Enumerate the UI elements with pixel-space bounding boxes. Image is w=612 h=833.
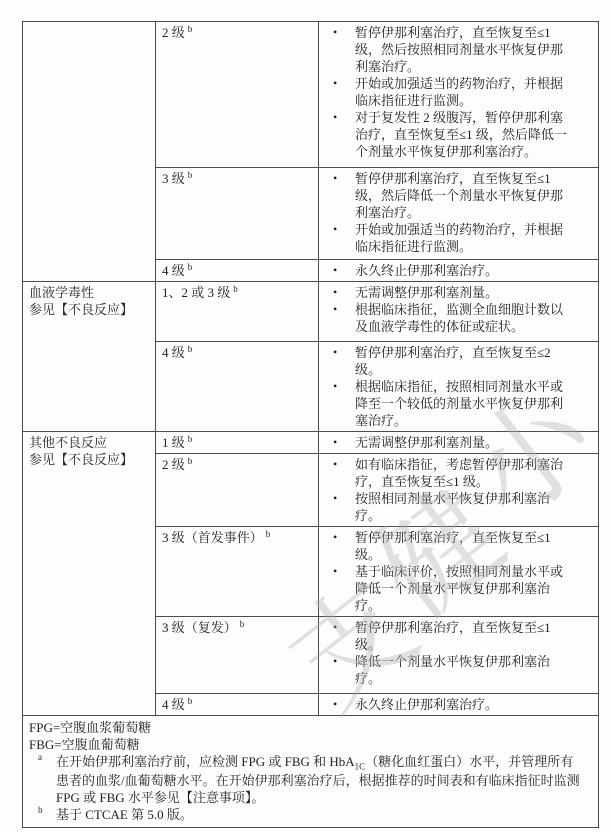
bullet-icon: • [333,563,355,580]
bullet-icon: • [333,529,355,546]
bullet-item: • 按照相同剂量水平恢复伊那利塞治疗。 [333,490,590,524]
footnote-ref: b [240,619,245,629]
table-row: 2 级b • 暂停伊那利塞治疗，直至恢复至≤1 级，然后按照相同剂量水平恢复伊那… [23,22,599,168]
grade-cell: 3 级（首发事件）b [156,527,319,617]
bullet-icon: • [333,284,355,301]
bullet-item: • 对于复发性 2 级腹泻，暂停伊那利塞治疗，直至恢复至≤1 级，然后降低一个剂… [333,109,590,160]
bullet-text: 永久终止伊那利塞治疗。 [355,262,575,279]
table-row: 其他不良反应 参见【不良反应】 1 级b • 无需调整伊那利塞剂量。 [23,432,599,454]
grade-label: 3 级（复发） [162,620,237,635]
grade-label: 1、2 或 3 级 [162,285,230,300]
bullet-icon: • [333,490,355,507]
footnote-a-text: 在开始伊那利塞治疗前，应检测 FPG 或 FBG 和 HbA [56,754,355,769]
abbreviation-fbg: FBG=空腹血葡萄糖 [29,736,592,753]
footnote-ref: b [188,696,193,706]
grade-label: 3 级（首发事件） [162,530,263,545]
bullet-text: 暂停伊那利塞治疗，直至恢复至≤1 级。 [355,619,575,653]
action-cell: • 暂停伊那利塞治疗，直至恢复至≤1 级，然后按照相同剂量水平恢复伊那利塞治疗。… [319,22,599,168]
grade-label: 2 级 [162,25,185,40]
bullet-text: 根据临床指征，按照相同剂量水平或降至一个较低的剂量水平恢复伊那利塞治疗。 [355,378,575,429]
footnote-ref: b [233,284,238,294]
bullet-icon: • [333,696,355,713]
bullet-item: • 暂停伊那利塞治疗，直至恢复至≤1 级。 [333,619,590,653]
action-cell: • 暂停伊那利塞治疗，直至恢复至≤1 级，然后降低一个剂量水平恢复伊那利塞治疗。… [319,168,599,260]
action-cell: • 如有临床指征，考虑暂停伊那利塞治疗，直至恢复至≤1 级。 • 按照相同剂量水… [319,454,599,527]
footnote-b-text: 基于 CTCAE 第 5.0 版。 [56,807,193,822]
grade-cell: 3 级b [156,168,319,260]
action-cell: • 暂停伊那利塞治疗，直至恢复至≤2 级。 • 根据临床指征，按照相同剂量水平或… [319,342,599,432]
bullet-text: 永久终止伊那利塞治疗。 [355,696,575,713]
bullet-icon: • [333,344,355,361]
category-reference: 参见【不良反应】 [29,301,151,318]
grade-cell: 1 级b [156,432,319,454]
footnote-a-marker: a [38,753,42,762]
footnote-b: b 基于 CTCAE 第 5.0 版。 [29,806,583,823]
footnote-a: a 在开始伊那利塞治疗前，应检测 FPG 或 FBG 和 HbA1C（糖化血红蛋… [29,753,583,806]
bullet-text: 基于临床评价，按照相同剂量水平或降低一个剂量水平恢复伊那利塞治疗。 [355,563,575,614]
bullet-item: • 开始或加强适当的药物治疗，并根据临床指征进行监测。 [333,75,590,109]
category-cell [23,22,156,282]
action-cell: • 永久终止伊那利塞治疗。 [319,260,599,282]
abbreviation-fpg: FPG=空腹血浆葡萄糖 [29,719,592,736]
action-cell: • 无需调整伊那利塞剂量。 [319,432,599,454]
bullet-item: • 根据临床指征，监测全血细胞计数以及血液学毒性的体征或症状。 [333,301,590,335]
action-cell: • 暂停伊那利塞治疗，直至恢复至≤1 级。 • 降低一个剂量水平恢复伊那利塞治疗… [319,617,599,694]
bullet-icon: • [333,24,355,41]
bullet-item: • 暂停伊那利塞治疗，直至恢复至≤1 级，然后降低一个剂量水平恢复伊那利塞治疗。 [333,170,590,221]
dose-modification-table: 2 级b • 暂停伊那利塞治疗，直至恢复至≤1 级，然后按照相同剂量水平恢复伊那… [22,21,599,828]
category-reference: 参见【不良反应】 [29,451,151,468]
bullet-text: 暂停伊那利塞治疗，直至恢复至≤2 级。 [355,344,575,378]
bullet-icon: • [333,109,355,126]
footnote-ref: b [188,262,193,272]
bullet-text: 无需调整伊那利塞剂量。 [355,284,575,301]
bullet-item: • 如有临床指征，考虑暂停伊那利塞治疗，直至恢复至≤1 级。 [333,456,590,490]
bullet-text: 根据临床指征，监测全血细胞计数以及血液学毒性的体征或症状。 [355,301,575,335]
footnote-ref: b [188,456,193,466]
category-title: 其他不良反应 [29,434,151,451]
table-section-hematologic-toxicity: 血液学毒性 参见【不良反应】 1、2 或 3 级b • 无需调整伊那利塞剂量。 … [23,282,599,432]
bullet-item: • 暂停伊那利塞治疗，直至恢复至≤2 级。 [333,344,590,378]
grade-label: 4 级 [162,345,185,360]
bullet-item: • 基于临床评价，按照相同剂量水平或降低一个剂量水平恢复伊那利塞治疗。 [333,563,590,614]
bullet-text: 暂停伊那利塞治疗，直至恢复至≤1 级。 [355,529,575,563]
table-row: 血液学毒性 参见【不良反应】 1、2 或 3 级b • 无需调整伊那利塞剂量。 … [23,282,599,342]
footnote-b-marker: b [38,806,43,815]
bullet-icon: • [333,434,355,451]
bullet-item: • 暂停伊那利塞治疗，直至恢复至≤1 级，然后按照相同剂量水平恢复伊那利塞治疗。 [333,24,590,75]
bullet-icon: • [333,75,355,92]
bullet-item: • 无需调整伊那利塞剂量。 [333,434,590,451]
category-cell: 其他不良反应 参见【不良反应】 [23,432,156,716]
bullet-icon: • [333,221,355,238]
footnote-ref: b [266,529,271,539]
action-cell: • 无需调整伊那利塞剂量。 • 根据临床指征，监测全血细胞计数以及血液学毒性的体… [319,282,599,342]
bullet-icon: • [333,378,355,395]
bullet-text: 对于复发性 2 级腹泻，暂停伊那利塞治疗，直至恢复至≤1 级，然后降低一个剂量水… [355,109,575,160]
bullet-item: • 开始或加强适当的药物治疗，并根据临床指征进行监测。 [333,221,590,255]
grade-cell: 1、2 或 3 级b [156,282,319,342]
hba1c-subscript: 1C [355,762,366,772]
grade-cell: 4 级b [156,694,319,716]
grade-label: 1 级 [162,435,185,450]
bullet-item: • 永久终止伊那利塞治疗。 [333,262,590,279]
table-footer-section: FPG=空腹血浆葡萄糖 FBG=空腹血葡萄糖 a 在开始伊那利塞治疗前，应检测 … [23,716,599,828]
bullet-text: 无需调整伊那利塞剂量。 [355,434,575,451]
grade-label: 4 级 [162,263,185,278]
bullet-text: 开始或加强适当的药物治疗，并根据临床指征进行监测。 [355,75,575,109]
bullet-icon: • [333,170,355,187]
action-cell: • 永久终止伊那利塞治疗。 [319,694,599,716]
bullet-item: • 暂停伊那利塞治疗，直至恢复至≤1 级。 [333,529,590,563]
bullet-icon: • [333,456,355,473]
bullet-item: • 降低一个剂量水平恢复伊那利塞治疗。 [333,653,590,687]
bullet-icon: • [333,301,355,318]
bullet-text: 如有临床指征，考虑暂停伊那利塞治疗，直至恢复至≤1 级。 [355,456,575,490]
grade-label: 2 级 [162,457,185,472]
bullet-text: 按照相同剂量水平恢复伊那利塞治疗。 [355,490,575,524]
table-row: FPG=空腹血浆葡萄糖 FBG=空腹血葡萄糖 a 在开始伊那利塞治疗前，应检测 … [23,716,599,828]
bullet-item: • 无需调整伊那利塞剂量。 [333,284,590,301]
category-title: 血液学毒性 [29,284,151,301]
bullet-icon: • [333,262,355,279]
category-cell: 血液学毒性 参见【不良反应】 [23,282,156,432]
footnote-ref: b [188,170,193,180]
footnote-ref: b [188,434,193,444]
grade-cell: 2 级b [156,22,319,168]
bullet-item: • 永久终止伊那利塞治疗。 [333,696,590,713]
bullet-text: 开始或加强适当的药物治疗，并根据临床指征进行监测。 [355,221,575,255]
table-section-other-adverse-reactions: 其他不良反应 参见【不良反应】 1 级b • 无需调整伊那利塞剂量。 2 级b … [23,432,599,716]
footnote-ref: b [188,24,193,34]
grade-cell: 4 级b [156,260,319,282]
grade-cell: 4 级b [156,342,319,432]
grade-label: 4 级 [162,697,185,712]
grade-cell: 2 级b [156,454,319,527]
bullet-text: 暂停伊那利塞治疗，直至恢复至≤1 级，然后按照相同剂量水平恢复伊那利塞治疗。 [355,24,575,75]
grade-cell: 3 级（复发）b [156,617,319,694]
grade-label: 3 级 [162,171,185,186]
bullet-text: 降低一个剂量水平恢复伊那利塞治疗。 [355,653,575,687]
bullet-item: • 根据临床指征，按照相同剂量水平或降至一个较低的剂量水平恢复伊那利塞治疗。 [333,378,590,429]
bullet-text: 暂停伊那利塞治疗，直至恢复至≤1 级，然后降低一个剂量水平恢复伊那利塞治疗。 [355,170,575,221]
bullet-icon: • [333,619,355,636]
footnotes-cell: FPG=空腹血浆葡萄糖 FBG=空腹血葡萄糖 a 在开始伊那利塞治疗前，应检测 … [23,716,599,828]
footnote-ref: b [188,344,193,354]
bullet-icon: • [333,653,355,670]
action-cell: • 暂停伊那利塞治疗，直至恢复至≤1 级。 • 基于临床评价，按照相同剂量水平或… [319,527,599,617]
table-section-continuation: 2 级b • 暂停伊那利塞治疗，直至恢复至≤1 级，然后按照相同剂量水平恢复伊那… [23,22,599,282]
